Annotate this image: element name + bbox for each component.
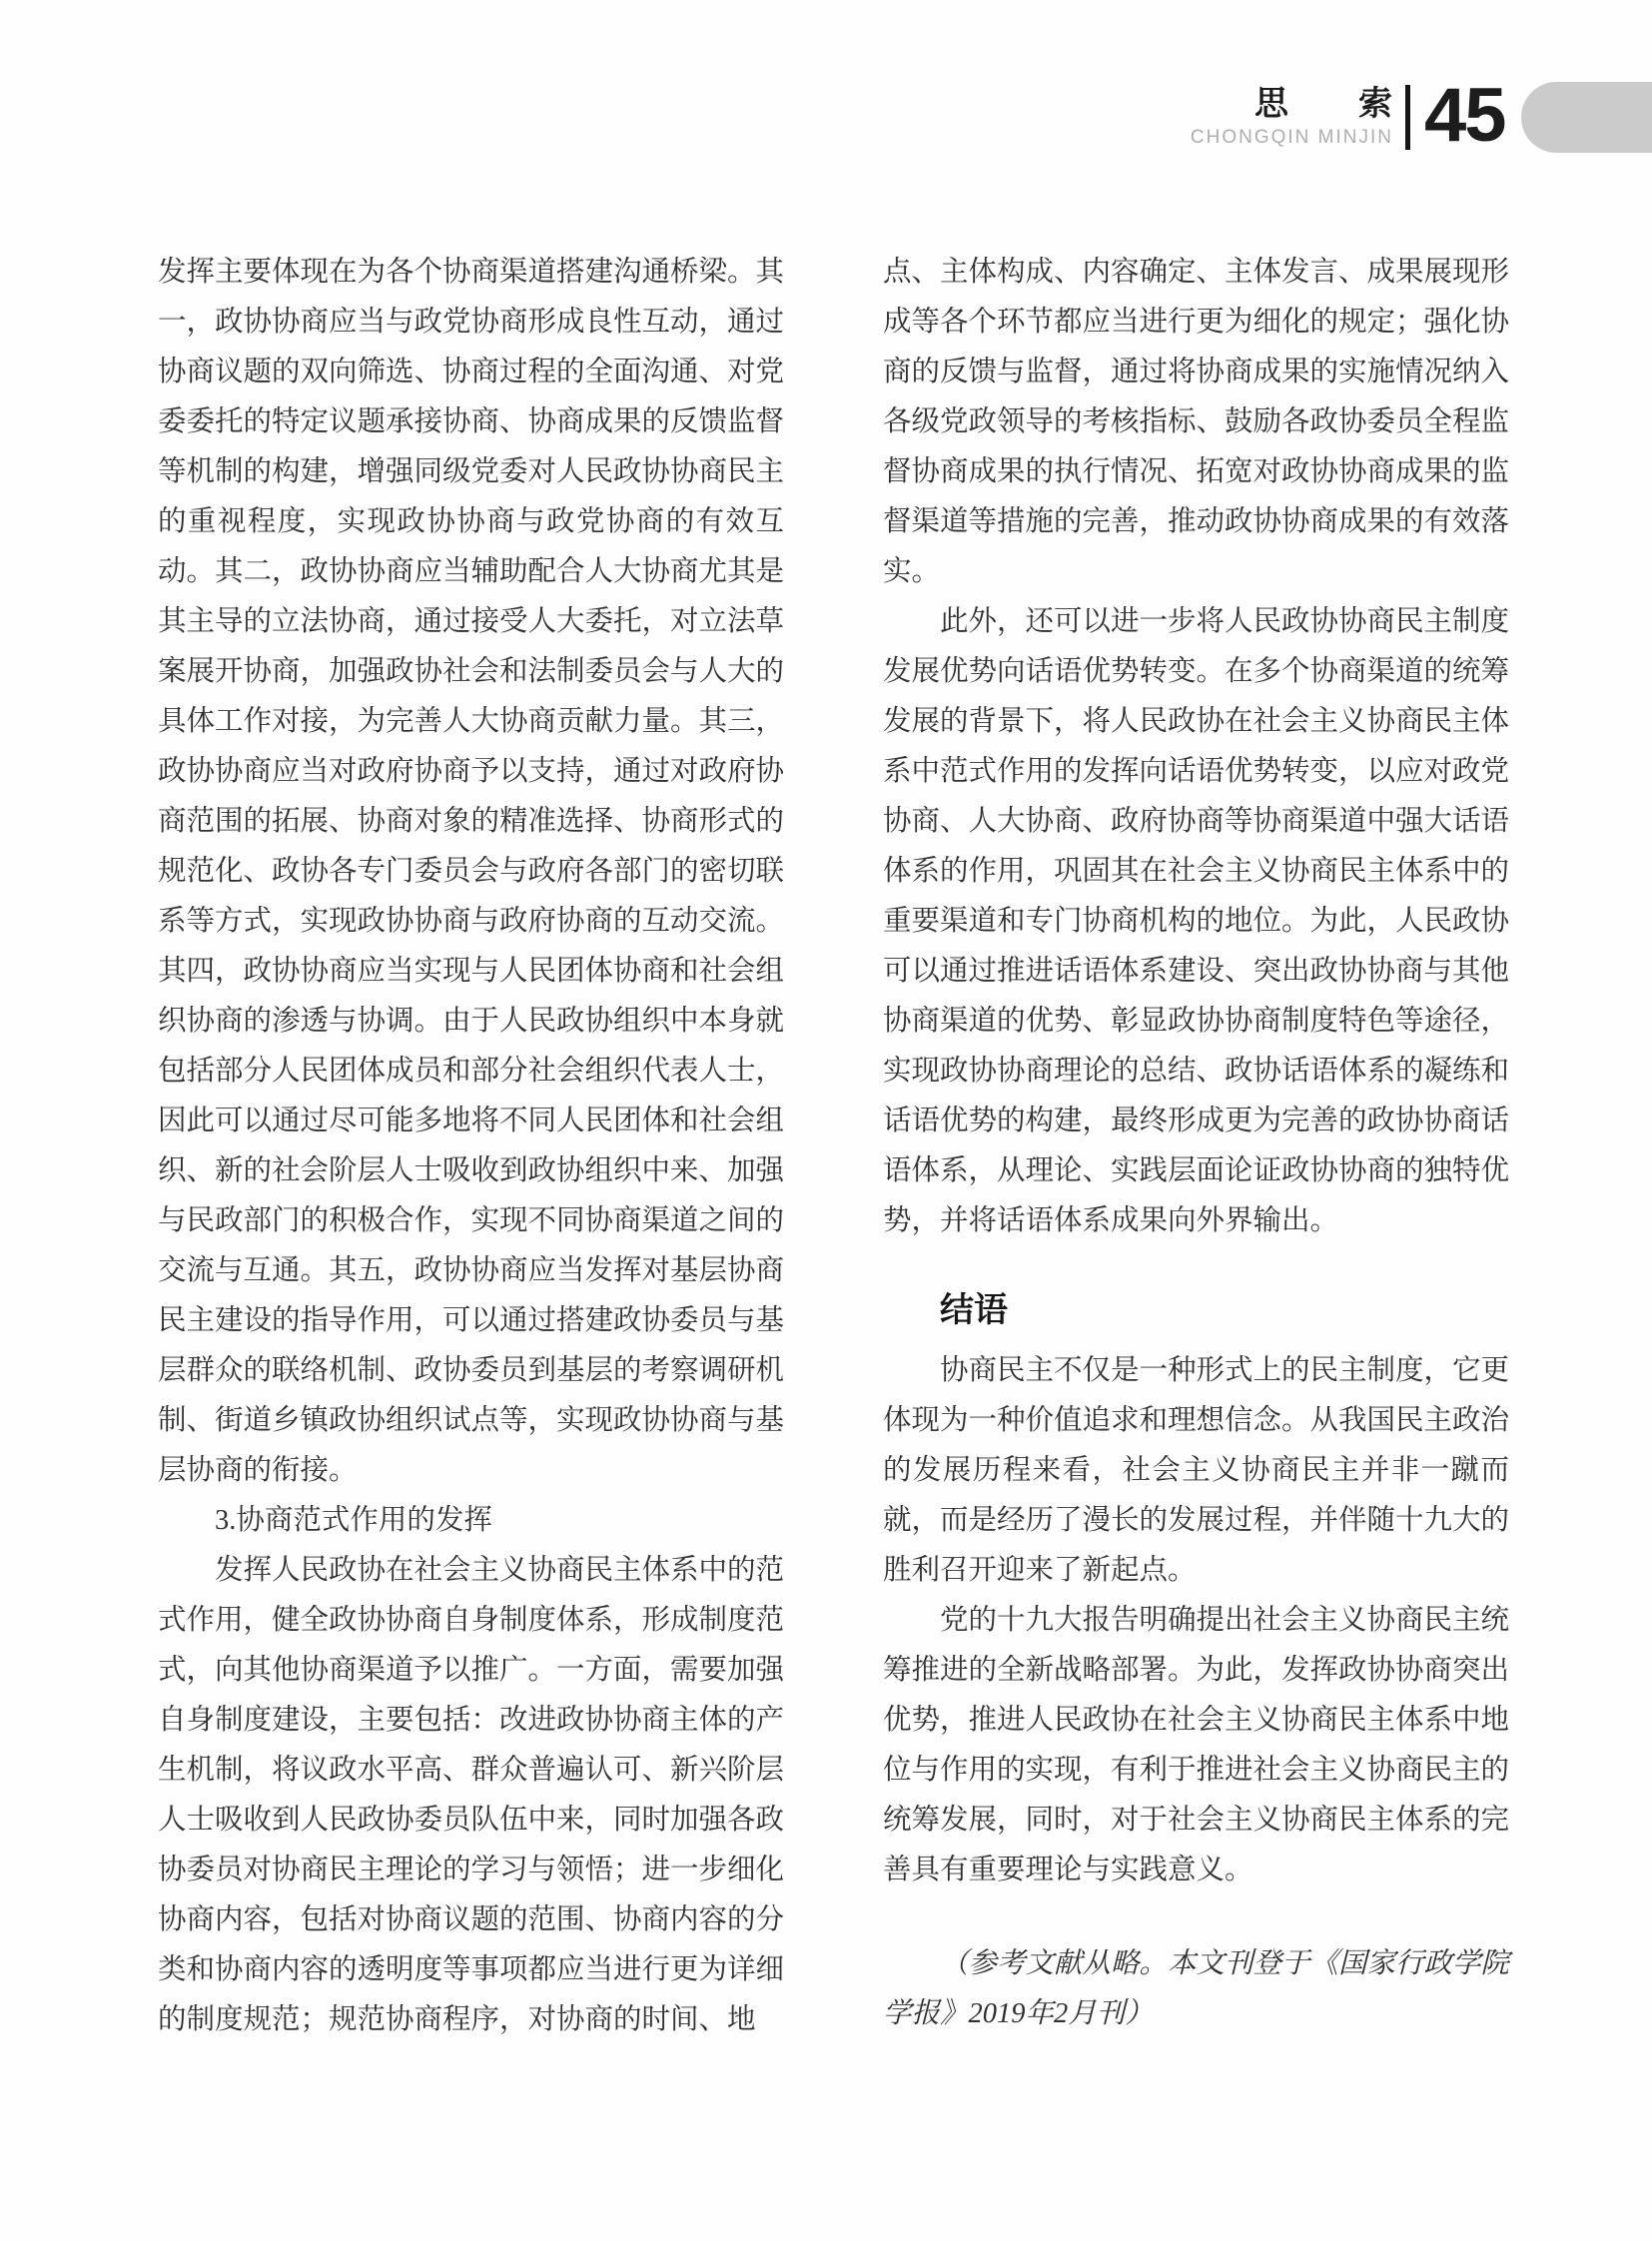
header-pill-decoration [1521, 82, 1652, 153]
magazine-page: 思 索 CHONGQIN MINJIN 45 发挥主要体现在为各个协商渠道搭建沟… [0, 0, 1652, 2241]
body-paragraph: 发挥主要体现在为各个协商渠道搭建沟通桥梁。其一，政协协商应当与政党协商形成良性互… [158, 248, 784, 1496]
reference-note: （参考文献从略。本文刊登于《国家行政学院学报》2019年2月刊） [883, 1939, 1509, 2039]
conclusion-heading: 结语 [883, 1292, 1509, 1328]
page-number: 45 [1424, 85, 1505, 147]
section-subtitle: CHONGQIN MINJIN [1139, 128, 1393, 147]
section-title-char-2: 索 [1358, 87, 1392, 121]
header-divider [1405, 85, 1410, 150]
subsection-heading: 3.协商范式作用的发挥 [158, 1496, 784, 1546]
section-title: 思 索 [1254, 87, 1392, 121]
left-column: 发挥主要体现在为各个协商渠道搭建沟通桥梁。其一，政协协商应当与政党协商形成良性互… [158, 248, 784, 2045]
section-title-char-1: 思 [1254, 87, 1288, 121]
body-paragraph: 点、主体构成、内容确定、主体发言、成果展现形成等各个环节都应当进行更为细化的规定… [883, 248, 1509, 597]
body-paragraph: 此外，还可以进一步将人民政协协商民主制度发展优势向话语优势转变。在多个协商渠道的… [883, 597, 1509, 1246]
right-column: 点、主体构成、内容确定、主体发言、成果展现形成等各个环节都应当进行更为细化的规定… [883, 248, 1509, 2039]
body-paragraph: 党的十九大报告明确提出社会主义协商民主统筹推进的全新战略部署。为此，发挥政协协商… [883, 1596, 1509, 1895]
body-paragraph: 协商民主不仅是一种形式上的民主制度，它更体现为一种价值追求和理想信念。从我国民主… [883, 1346, 1509, 1596]
body-paragraph: 发挥人民政协在社会主义协商民主体系中的范式作用，健全政协协商自身制度体系，形成制… [158, 1546, 784, 2045]
